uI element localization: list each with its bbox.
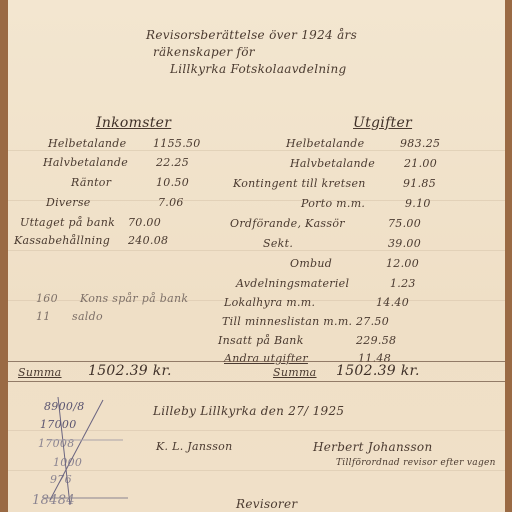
income-amount: 240.08 bbox=[128, 234, 168, 247]
income-label: Uttaget på bank bbox=[20, 216, 115, 229]
note-number: 160 bbox=[36, 292, 58, 305]
expense-amount: 12.00 bbox=[386, 257, 419, 270]
expense-label: Helbetalande bbox=[286, 137, 364, 150]
expense-label: Ombud bbox=[290, 257, 332, 270]
expense-amount: 39.00 bbox=[388, 237, 421, 250]
expenses-total-label: Summa bbox=[273, 366, 317, 379]
expense-amount: 21.00 bbox=[404, 157, 437, 170]
role-label: Revisorer bbox=[236, 497, 297, 511]
signer-1: K. L. Jansson bbox=[156, 440, 232, 453]
expense-label: Avdelningsmateriel bbox=[236, 277, 349, 290]
expense-amount: 9.10 bbox=[405, 197, 431, 210]
pencil-strike-marks bbox=[28, 395, 138, 510]
expenses-total: 1502.39 kr. bbox=[336, 363, 420, 379]
expense-label: Insatt på Bank bbox=[218, 334, 304, 347]
expense-amount: 229.58 bbox=[356, 334, 396, 347]
income-amount: 22.25 bbox=[156, 156, 189, 169]
signer-2-note: Tillförordnad revisor efter vagen bbox=[336, 458, 496, 468]
income-amount: 1155.50 bbox=[153, 137, 201, 150]
ruled-line bbox=[8, 150, 505, 151]
income-label: Helbetalande bbox=[48, 137, 126, 150]
expense-amount: 27.50 bbox=[356, 315, 389, 328]
income-label: Halvbetalande bbox=[43, 156, 128, 169]
expense-amount: 75.00 bbox=[388, 217, 421, 230]
expense-amount: 1.23 bbox=[390, 277, 416, 290]
expenses-title: Utgifter bbox=[353, 115, 412, 131]
expense-label: Kontingent till kretsen bbox=[233, 177, 366, 190]
expense-label: Halvbetalande bbox=[290, 157, 375, 170]
expense-amount: 983.25 bbox=[400, 137, 440, 150]
income-title: Inkomster bbox=[96, 115, 171, 131]
income-label: Diverse bbox=[46, 196, 91, 209]
expense-label: Lokalhyra m.m. bbox=[224, 296, 315, 309]
header-line1: Revisorsberättelse över 1924 års bbox=[146, 28, 357, 42]
expense-amount: 91.85 bbox=[403, 177, 436, 190]
income-amount: 10.50 bbox=[156, 176, 189, 189]
total-rule-bottom bbox=[8, 381, 505, 382]
total-rule-top bbox=[8, 361, 505, 362]
income-amount: 7.06 bbox=[158, 196, 184, 209]
note-text: Kons spår på bank bbox=[80, 292, 188, 305]
income-amount: 70.00 bbox=[128, 216, 161, 229]
signer-2: Herbert Johansson bbox=[313, 440, 432, 454]
income-total-label: Summa bbox=[18, 366, 62, 379]
expense-label: Andra utgifter bbox=[224, 352, 308, 365]
expense-label: Till minneslistan m.m. bbox=[222, 315, 352, 328]
income-total: 1502.39 kr. bbox=[88, 363, 172, 379]
note-number: 11 bbox=[36, 310, 51, 323]
document-page: Revisorsberättelse över 1924 års räkensk… bbox=[8, 0, 505, 512]
expense-label: Ordförande, Kassör bbox=[230, 217, 345, 230]
expense-label: Sekt. bbox=[263, 237, 293, 250]
ruled-line bbox=[8, 250, 505, 251]
place-date: Lilleby Lillkyrka den 27/ 1925 bbox=[153, 404, 344, 418]
header-line3: Lillkyrka Fotskolaavdelning bbox=[170, 62, 347, 76]
expense-amount: 14.40 bbox=[376, 296, 409, 309]
income-label: Kassabehållning bbox=[14, 234, 110, 247]
income-label: Räntor bbox=[71, 176, 111, 189]
note-text: saldo bbox=[72, 310, 103, 323]
expense-label: Porto m.m. bbox=[301, 197, 365, 210]
header-line2: räkenskaper för bbox=[153, 45, 255, 59]
